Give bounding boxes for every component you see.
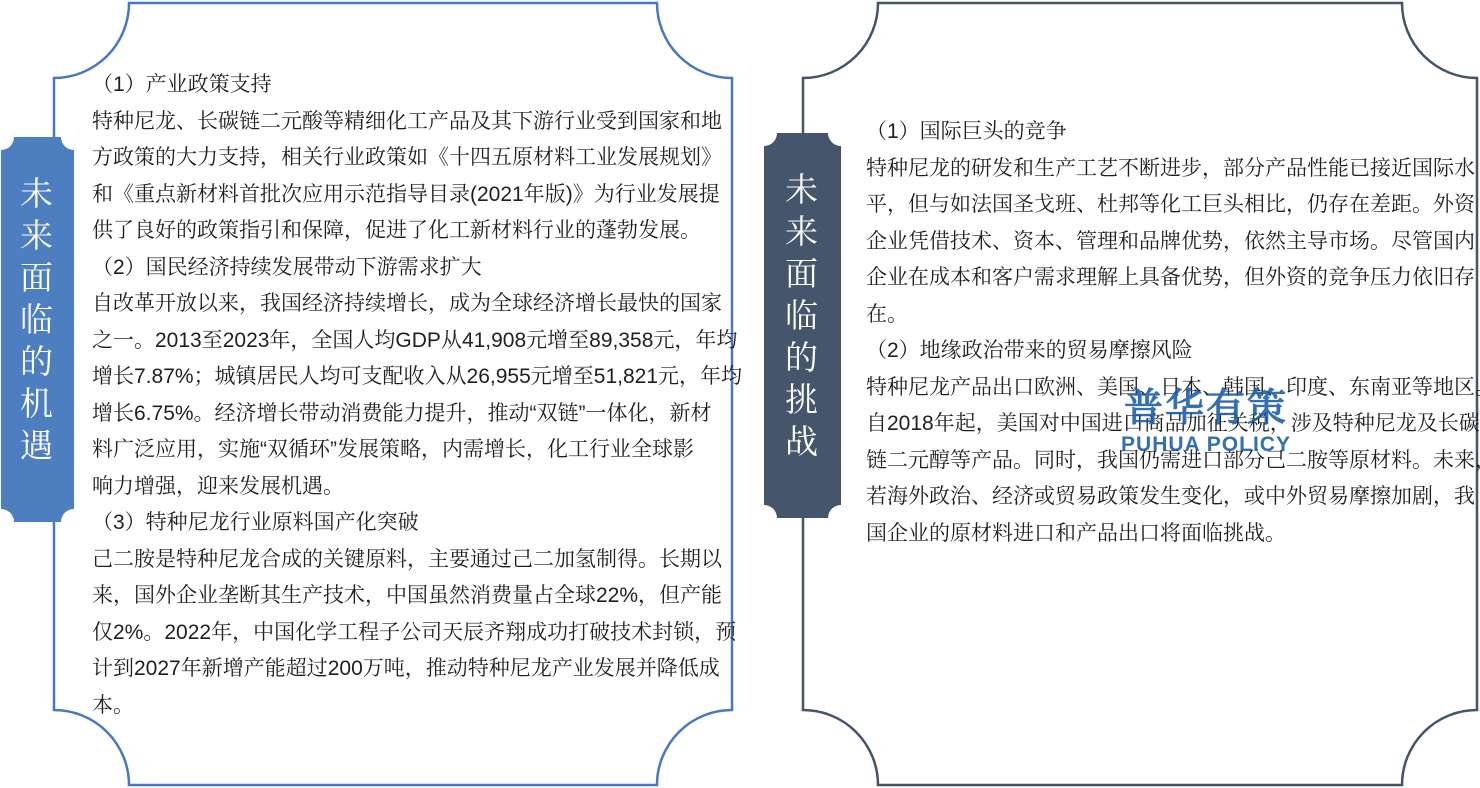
text-line: 之一。2013至2023年，全国人均GDP从41,908元增至89,358元，年… [92,323,737,360]
text-line: 企业凭借技术、资本、管理和品牌优势，依然主导市场。尽管国内 [866,224,1476,261]
opportunities-tab-label: 未来面临的机遇 [18,176,51,470]
text-line: 国企业的原材料进口和产品出口将面临挑战。 [866,516,1476,553]
text-line: （1）产业政策支持 [92,67,737,104]
text-line: 供了良好的政策指引和保障，促进了化工新材料行业的蓬勃发展。 [92,213,737,250]
text-line: 特种尼龙的研发和生产工艺不断进步，部分产品性能已接近国际水 [866,151,1476,188]
text-line: 仅2%。2022年，中国化学工程子公司天辰齐翔成功打破技术封锁，预 [92,615,737,652]
text-line: 方政策的大力支持，相关行业政策如《十四五原材料工业发展规划》 [92,140,737,177]
opportunities-text: （1）产业政策支持特种尼龙、长碳链二元酸等精细化工产品及其下游行业受到国家和地方… [92,67,737,724]
text-line: 和《重点新材料首批次应用示范指导目录(2021年版)》为行业发展提 [92,177,737,214]
text-line: （2）地缘政治带来的贸易摩擦风险 [866,333,1476,370]
text-line: 计到2027年新增产能超过200万吨，推动特种尼龙产业发展并降低成 [92,651,737,688]
challenges-text: （1）国际巨头的竞争特种尼龙的研发和生产工艺不断进步，部分产品性能已接近国际水平… [866,114,1476,552]
challenges-tab-label: 未来面临的挑战 [783,172,816,466]
puhua-policy-watermark: 普华有策 PUHUA POLICY [1121,386,1291,456]
text-line: 增长7.87%；城镇居民人均可支配收入从26,955元增至51,821元，年均 [92,359,737,396]
text-line: 来，国外企业垄断其生产技术，中国虽然消费量占全球22%，但产能 [92,578,737,615]
text-line: 响力增强，迎来发展机遇。 [92,469,737,506]
text-line: （1）国际巨头的竞争 [866,114,1476,151]
watermark-english-logo-text: PUHUA POLICY [1121,433,1291,456]
text-line: 本。 [92,688,737,725]
text-line: 己二胺是特种尼龙合成的关键原料，主要通过己二加氢制得。长期以 [92,542,737,579]
text-line: 自改革开放以来，我国经济持续增长，成为全球经济增长最快的国家 [92,286,737,323]
text-line: 平，但与如法国圣戈班、杜邦等化工巨头相比，仍存在差距。外资 [866,187,1476,224]
watermark-chinese-logo-text: 普华有策 [1121,386,1291,433]
text-line: 特种尼龙、长碳链二元酸等精细化工产品及其下游行业受到国家和地 [92,104,737,141]
text-line: 在。 [866,297,1476,334]
text-line: 若海外政治、经济或贸易政策发生变化，或中外贸易摩擦加剧，我 [866,479,1476,516]
slide-canvas: 未来面临的机遇 未来面临的挑战 （1）产业政策支持特种尼龙、长碳链二元酸等精细化… [0,0,1480,788]
text-line: 增长6.75%。经济增长带动消费能力提升，推动“双链”一体化，新材 [92,396,737,433]
text-line: 企业在成本和客户需求理解上具备优势，但外资的竞争压力依旧存 [866,260,1476,297]
text-line: （3）特种尼龙行业原料国产化突破 [92,505,737,542]
text-line: 料广泛应用，实施“双循环”发展策略，内需增长，化工行业全球影 [92,432,737,469]
text-line: （2）国民经济持续发展带动下游需求扩大 [92,250,737,287]
